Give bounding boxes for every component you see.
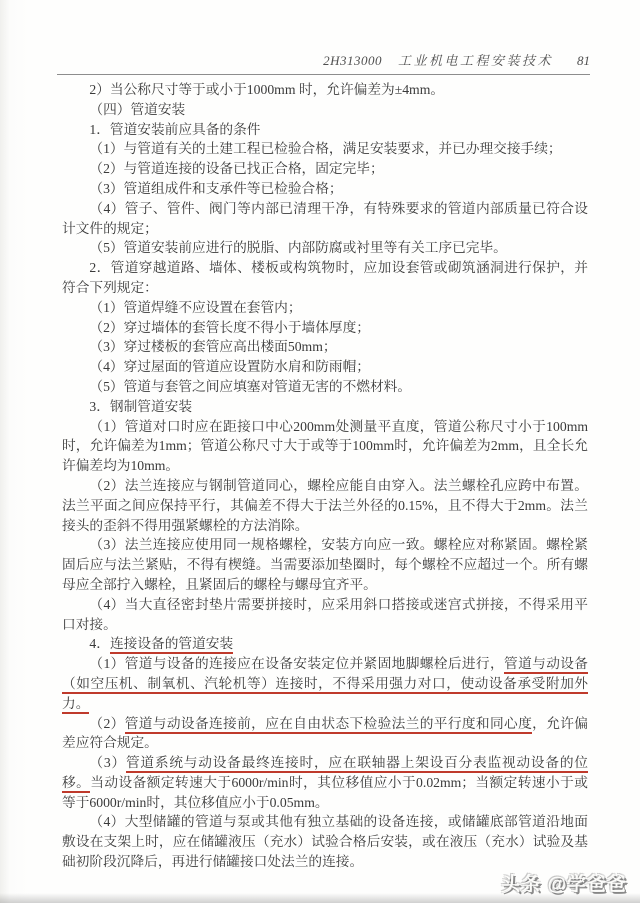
header-rule <box>57 74 590 75</box>
course-code: 2H313000 <box>323 53 382 68</box>
page-number: 81 <box>577 53 590 68</box>
text-segment: 1．管道安装前应具备的条件 <box>89 122 260 137</box>
document-paragraph: （2）管道与动设备连接前，应在自由状态下检验法兰的平行度和同心度，允许偏差应符合… <box>62 714 588 754</box>
book-title: 工业机电工程安装技术 <box>398 53 553 68</box>
text-segment: （2）与管道连接的设备已找正合格，固定完毕； <box>89 161 383 176</box>
document-body: 2）当公称尺寸等于或小于1000mm 时，允许偏差为±4mm。（四）管道安装1．… <box>62 80 588 872</box>
text-segment: （3）穿过楼板的套管应高出楼面50mm； <box>89 339 336 354</box>
document-paragraph: （1）管道焊缝不应设置在套管内； <box>62 298 588 318</box>
text-segment: 2）当公称尺寸等于或小于1000mm 时，允许偏差为±4mm。 <box>89 82 444 97</box>
document-paragraph: 4．连接设备的管道安装 <box>62 634 588 654</box>
document-paragraph: 2．管道穿越道路、墙体、楼板或构筑物时，应加设套管或砌筑涵洞进行保护，并符合下列… <box>62 258 588 298</box>
document-paragraph: （1）管道对口时应在距接口中心200mm处测量平直度，管道公称尺寸小于100mm… <box>62 417 588 476</box>
text-segment: （5）管道与套管之间应填塞对管道无害的不燃材料。 <box>89 379 411 394</box>
document-paragraph: （3）管道组成件和支承件等已检验合格； <box>62 179 588 199</box>
text-segment: （3）管道组成件和支承件等已检验合格； <box>89 181 342 196</box>
document-paragraph: （1）与管道有关的土建工程已检验合格，满足安装要求，并已办理交接手续； <box>62 139 588 159</box>
red-underlined-text: 管道与动设备连接前，应在自由状态下检验法兰的平行度和同心度 <box>125 716 532 734</box>
text-segment: （4）管子、管件、阀门等内部已清理干净，有特殊要求的管道内部质量已符合设计文件的… <box>62 201 588 236</box>
document-paragraph: （3）法兰连接应使用同一规格螺栓，安装方向应一致。螺栓应对称紧固。螺栓紧固后应与… <box>62 535 588 594</box>
document-paragraph: 1．管道安装前应具备的条件 <box>62 120 588 140</box>
page-header: 2H313000工业机电工程安装技术81 <box>57 50 590 69</box>
document-paragraph: （4）当大直径密封垫片需要拼接时，应采用斜口搭接或迷宫式拼接，不得采用平口对接。 <box>62 595 588 635</box>
text-segment: （1）管道与设备的连接应在设备安装定位并紧固地脚螺栓后进行， <box>89 656 504 671</box>
document-paragraph: （1）管道与设备的连接应在设备安装定位并紧固地脚螺栓后进行，管道与动设备（如空压… <box>62 654 588 713</box>
text-segment: （1）与管道有关的土建工程已检验合格，满足安装要求，并已办理交接手续； <box>89 141 561 156</box>
text-segment: 3．钢制管道安装 <box>89 399 192 414</box>
document-paragraph: 2）当公称尺寸等于或小于1000mm 时，允许偏差为±4mm。 <box>62 80 588 100</box>
document-paragraph: 3．钢制管道安装 <box>62 397 588 417</box>
toutiao-watermark: 头条 @学爸爸 <box>501 869 627 896</box>
document-paragraph: （4）大型储罐的管道与泵或其他有独立基础的设备连接，或储罐底部管道沿地面敷设在支… <box>62 812 588 871</box>
text-segment: （3）法兰连接应使用同一规格螺栓，安装方向应一致。螺栓应对称紧固。螺栓紧固后应与… <box>62 537 588 592</box>
text-segment: （2）穿过墙体的套管长度不得小于墙体厚度； <box>89 320 370 335</box>
text-segment: （2） <box>89 716 124 731</box>
document-paragraph: （2）与管道连接的设备已找正合格，固定完毕； <box>62 159 588 179</box>
text-segment: 当动设备额定转速大于6000r/min时，其位移值应小于0.02mm；当额定转速… <box>62 775 588 810</box>
page-bottom-shadow <box>0 893 640 903</box>
text-segment: （4）大型储罐的管道与泵或其他有独立基础的设备连接，或储罐底部管道沿地面敷设在支… <box>62 814 588 869</box>
text-segment: （4）穿过屋面的管道应设置防水肩和防雨帽； <box>89 359 370 374</box>
text-segment: （四）管道安装 <box>89 102 185 117</box>
document-page: 2H313000工业机电工程安装技术81 2）当公称尺寸等于或小于1000mm … <box>0 0 640 903</box>
document-paragraph: （5）管道安装前应进行的脱脂、内部防腐或衬里等有关工序已完毕。 <box>62 238 588 258</box>
document-paragraph: （2）法兰连接应与钢制管道同心，螺栓应能自由穿入。法兰螺栓孔应跨中布置。法兰平面… <box>62 476 588 535</box>
text-segment: （3） <box>89 755 126 770</box>
text-segment: （1）管道焊缝不应设置在套管内； <box>89 300 301 315</box>
text-segment: （1）管道对口时应在距接口中心200mm处测量平直度，管道公称尺寸小于100mm… <box>62 419 588 474</box>
text-segment: 4． <box>89 636 110 651</box>
document-paragraph: （3）穿过楼板的套管应高出楼面50mm； <box>62 337 588 357</box>
text-segment: （2）法兰连接应与钢制管道同心，螺栓应能自由穿入。法兰螺栓孔应跨中布置。法兰平面… <box>62 478 588 533</box>
text-segment: （4）当大直径密封垫片需要拼接时，应采用斜口搭接或迷宫式拼接，不得采用平口对接。 <box>62 597 588 632</box>
red-underlined-text: 连接设备的管道安装 <box>110 636 233 654</box>
document-paragraph: （4）穿过屋面的管道应设置防水肩和防雨帽； <box>62 357 588 377</box>
text-segment: 2．管道穿越道路、墙体、楼板或构筑物时，应加设套管或砌筑涵洞进行保护，并符合下列… <box>62 260 588 295</box>
document-paragraph: （3）管道系统与动设备最终连接时，应在联轴器上架设百分表监视动设备的位移。当动设… <box>62 753 588 812</box>
document-paragraph: （2）穿过墙体的套管长度不得小于墙体厚度； <box>62 318 588 338</box>
text-segment: （5）管道安装前应进行的脱脂、内部防腐或衬里等有关工序已完毕。 <box>89 240 506 255</box>
document-paragraph: （四）管道安装 <box>62 100 588 120</box>
document-paragraph: （5）管道与套管之间应填塞对管道无害的不燃材料。 <box>62 377 588 397</box>
document-paragraph: （4）管子、管件、阀门等内部已清理干净，有特殊要求的管道内部质量已符合设计文件的… <box>62 199 588 239</box>
